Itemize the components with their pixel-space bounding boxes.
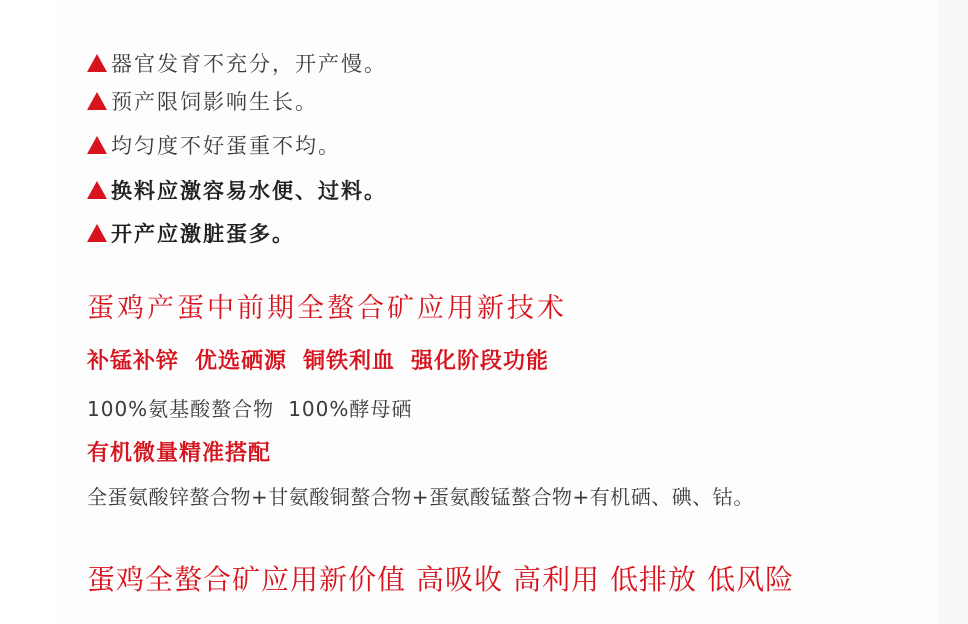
problem-text: 开产应激脏蛋多。 [111, 222, 295, 246]
red-triangle-icon [87, 136, 107, 154]
red-triangle-icon [87, 92, 107, 110]
problem-item: 开产应激脏蛋多。 [87, 224, 295, 245]
technology-heading: 蛋鸡产蛋中前期全螯合矿应用新技术 [87, 295, 567, 322]
problem-item: 换料应激容易水便、过料。 [87, 181, 387, 202]
value-line: 蛋鸡全螯合矿应用新价值高吸收高利用低排放低风险 [87, 566, 804, 594]
highlight: 铜铁利血 [303, 349, 395, 374]
problem-item: 器官发育不充分，开产慢。 [87, 54, 387, 75]
technology-sources: 100%氨基酸螯合物100%酵母硒 [87, 399, 426, 419]
formula-text: 全蛋氨酸锌螯合物+甘氨酸铜螯合物+蛋氨酸锰螯合物+有机硒、碘、钴。 [87, 487, 754, 507]
source: 100%酵母硒 [288, 397, 412, 421]
highlight: 强化阶段功能 [411, 349, 549, 374]
precision-heading: 有机微量精准搭配 [87, 443, 271, 465]
red-triangle-icon [87, 181, 107, 199]
highlight: 补锰补锌 [87, 349, 179, 374]
value-point: 高利用 [513, 563, 600, 596]
technology-highlights: 补锰补锌优选硒源铜铁利血强化阶段功能 [87, 351, 565, 373]
source: 100%氨基酸螯合物 [87, 397, 274, 421]
problem-text: 预产限饲影响生长。 [111, 90, 318, 114]
value-heading: 蛋鸡全螯合矿应用新价值 [87, 563, 406, 596]
value-point: 高吸收 [416, 563, 503, 596]
problem-text: 均匀度不好蛋重不均。 [111, 134, 341, 158]
problem-item: 均匀度不好蛋重不均。 [87, 136, 341, 157]
red-triangle-icon [87, 54, 107, 72]
red-triangle-icon [87, 224, 107, 242]
problem-text: 换料应激容易水便、过料。 [111, 179, 387, 203]
problem-text: 器官发育不充分，开产慢。 [111, 52, 387, 76]
value-point: 低风险 [707, 563, 794, 596]
edge-strip [938, 0, 968, 624]
value-point: 低排放 [610, 563, 697, 596]
problem-item: 预产限饲影响生长。 [87, 92, 318, 113]
highlight: 优选硒源 [195, 349, 287, 374]
